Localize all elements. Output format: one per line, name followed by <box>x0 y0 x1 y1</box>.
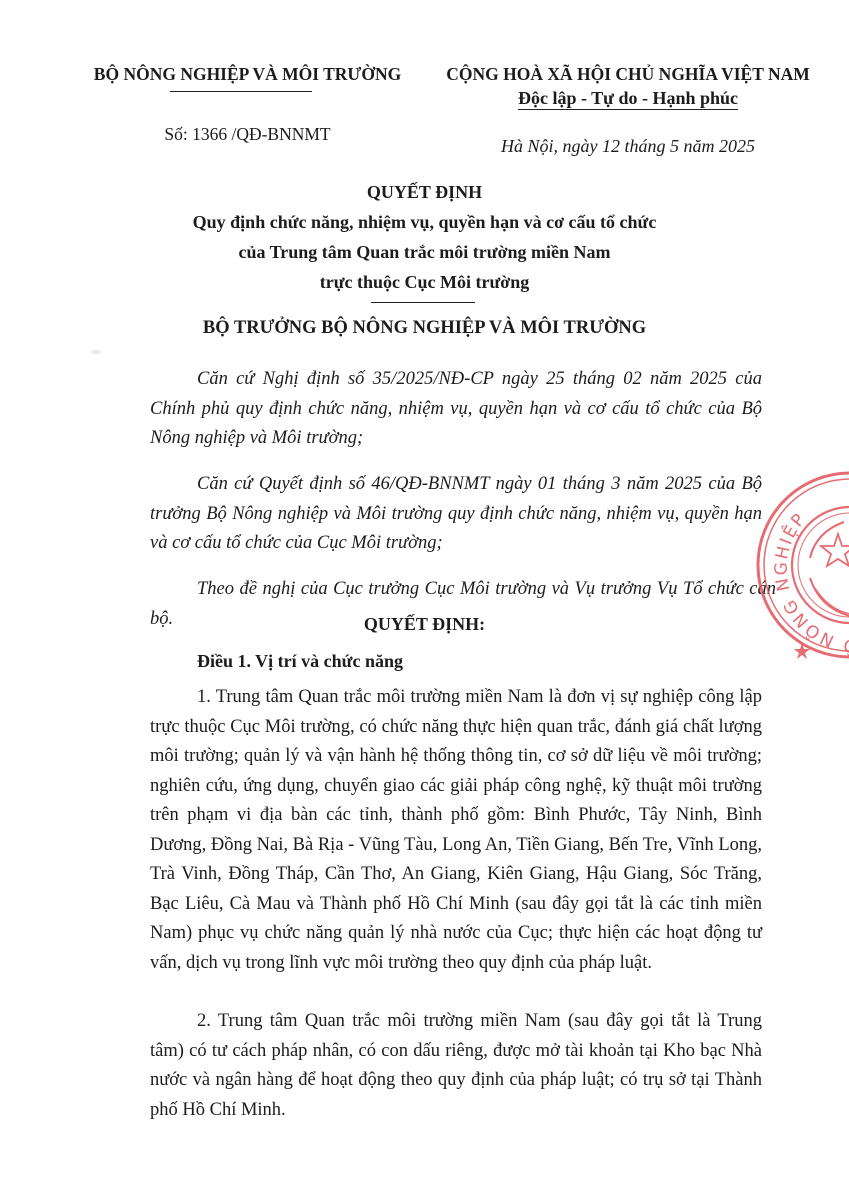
legal-basis-paragraph: Căn cứ Nghị định số 35/2025/NĐ-CP ngày 2… <box>150 365 762 454</box>
place-and-date: Hà Nội, ngày 12 tháng 5 năm 2025 <box>428 136 828 157</box>
legal-basis-paragraph: Căn cứ Quyết định số 46/QĐ-BNNMT ngày 01… <box>150 470 762 559</box>
national-motto: Độc lập - Tự do - Hạnh phúc <box>428 88 828 109</box>
decision-heading: QUYẾT ĐỊNH: <box>0 614 849 635</box>
issuing-body: BỘ NÔNG NGHIỆP VÀ MÔI TRƯỜNG <box>80 64 415 85</box>
national-title: CỘNG HOÀ XÃ HỘI CHỦ NGHĨA VIỆT NAM <box>428 64 828 85</box>
article-heading: Điều 1. Vị trí và chức năng <box>197 651 403 672</box>
issuing-body-underline <box>170 91 312 92</box>
motto-text: Độc lập - Tự do - Hạnh phúc <box>518 88 738 110</box>
article-clause: 1. Trung tâm Quan trắc môi trường miền N… <box>150 683 762 978</box>
official-seal-icon: BỘ NÔNG NGHIỆP <box>740 468 849 678</box>
title-underline <box>371 302 475 303</box>
subtitle-line: trực thuộc Cục Môi trường <box>0 272 849 293</box>
issuing-authority: BỘ TRƯỞNG BỘ NÔNG NGHIỆP VÀ MÔI TRƯỜNG <box>0 318 849 339</box>
subtitle-line: Quy định chức năng, nhiệm vụ, quyền hạn … <box>0 212 849 233</box>
scan-artifact <box>86 350 106 354</box>
subtitle-line: của Trung tâm Quan trắc môi trường miền … <box>0 242 849 263</box>
document-number: Số: 1366 /QĐ-BNNMT <box>80 124 415 145</box>
document-type: QUYẾT ĐỊNH <box>0 182 849 203</box>
article-clause: 2. Trung tâm Quan trắc môi trường miền N… <box>150 1007 762 1125</box>
